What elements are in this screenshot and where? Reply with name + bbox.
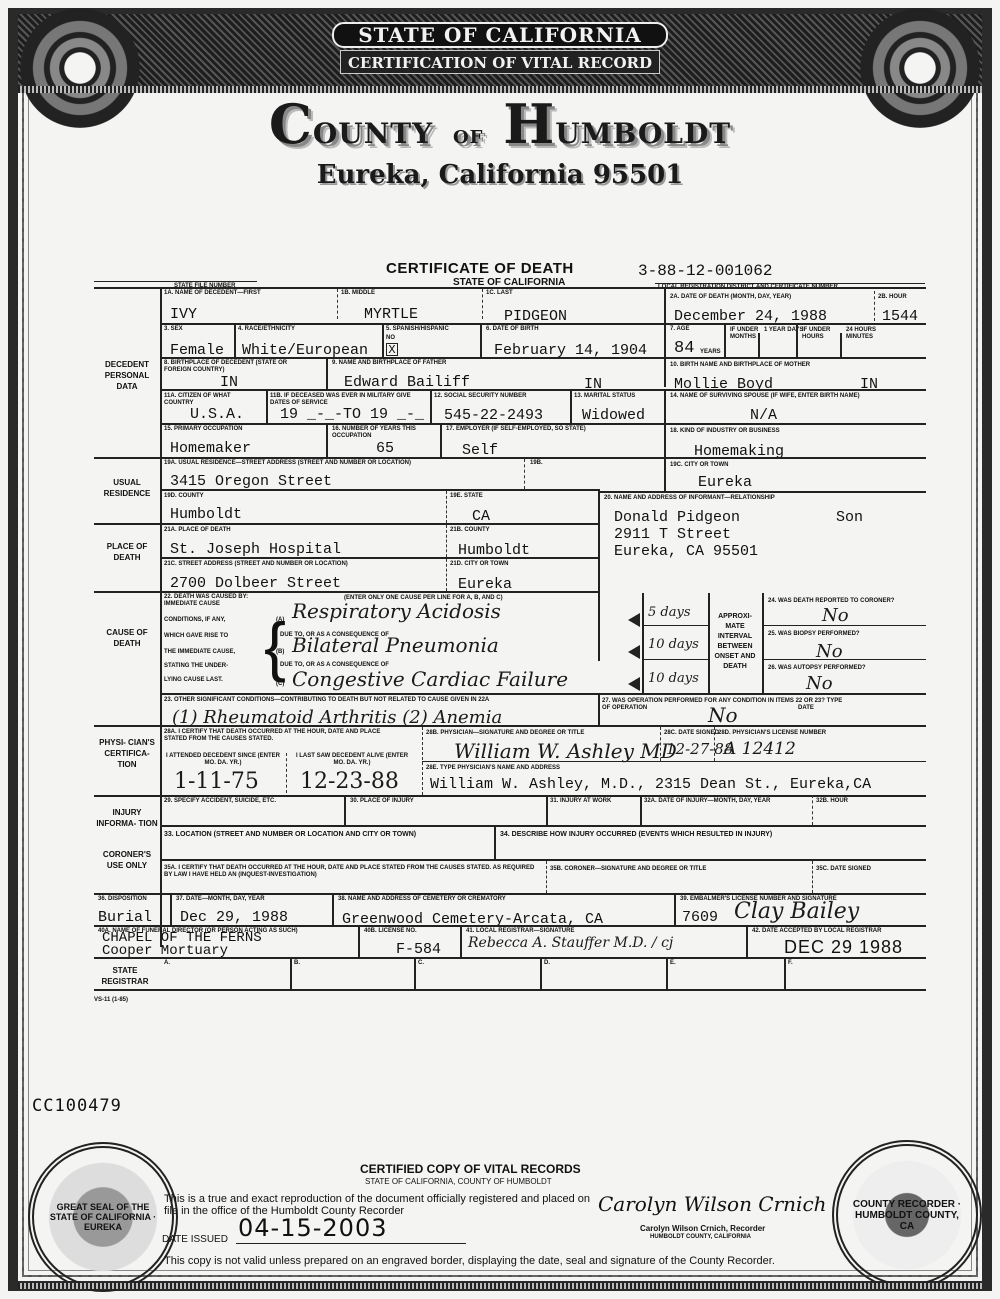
divider xyxy=(160,693,926,695)
operation-value: No xyxy=(708,703,738,727)
divider xyxy=(714,727,715,761)
middle-name-label: 1B. MIDDLE xyxy=(341,290,375,297)
employer-label: 17. EMPLOYER (IF SELF-EMPLOYED, SO STATE… xyxy=(446,426,586,433)
hour-label: 2B. HOUR xyxy=(878,294,907,301)
biopsy-label: 25. WAS BIOPSY PERFORMED? xyxy=(768,631,860,638)
physician-name-value: William W. Ashley, M.D., 2315 Dean St., … xyxy=(430,777,871,793)
injury-location-label: 33. LOCATION (STREET AND NUMBER OR LOCAT… xyxy=(164,831,416,838)
divider xyxy=(344,795,346,825)
section-decedent-personal-data: DECEDENT PERSONAL DATA xyxy=(94,359,160,392)
cause-c-value: Congestive Cardiac Failure xyxy=(292,667,568,691)
divider xyxy=(666,957,668,989)
divider xyxy=(94,925,926,927)
divider xyxy=(160,423,926,425)
certification-title: CERTIFICATION OF VITAL RECORD xyxy=(340,50,660,74)
cause-b-value: Bilateral Pneumonia xyxy=(292,633,499,657)
divider xyxy=(94,281,257,282)
divider xyxy=(762,659,926,660)
divider xyxy=(358,925,360,957)
license-label: 28D. PHYSICIAN'S LICENSE NUMBER xyxy=(718,730,826,737)
embalmer-number-value: 7609 xyxy=(682,910,718,926)
last-seen-label: I LAST SAW DECEDENT ALIVE (ENTER MO. DA.… xyxy=(290,753,414,767)
local-registrar-signature: Rebecca A. Stauffer M.D. / cj xyxy=(468,935,673,951)
conditions-note: STATING THE UNDER- xyxy=(164,663,228,670)
divider xyxy=(446,491,447,523)
divider xyxy=(494,825,496,859)
divider xyxy=(332,893,334,925)
divider xyxy=(266,389,268,423)
informant-name-value: Donald Pidgeon xyxy=(614,510,740,526)
section-usual-residence: USUAL RESIDENCE xyxy=(94,477,160,499)
local-registrar-label: 41. LOCAL REGISTRAR—SIGNATURE xyxy=(466,928,574,935)
divider xyxy=(840,333,842,357)
marital-value: Widowed xyxy=(582,408,645,424)
divider xyxy=(94,795,926,797)
funeral-license-value: F-584 xyxy=(396,942,441,958)
divider xyxy=(94,591,600,593)
injury-date-label: 32A. DATE OF INJURY—MONTH, DAY, YEAR xyxy=(644,798,770,805)
divider xyxy=(524,459,525,489)
death-street-value: 2700 Dolbeer Street xyxy=(170,576,341,592)
attended-since-value: 1-11-75 xyxy=(174,769,259,794)
divider xyxy=(600,491,926,493)
section-state-registrar: STATE REGISTRAR xyxy=(94,965,156,987)
registrar-box-d: D. xyxy=(544,960,550,967)
divider xyxy=(664,423,666,457)
dob-label: 6. DATE OF BIRTH xyxy=(486,326,539,333)
mother-label: 10. BIRTH NAME AND BIRTHPLACE OF MOTHER xyxy=(670,362,810,369)
divider xyxy=(430,389,432,423)
divider xyxy=(664,389,666,423)
hispanic-no-label: NO xyxy=(386,335,395,342)
residence-city-value: Eureka xyxy=(698,475,752,491)
humboldt-word: UMBOLDT xyxy=(555,117,731,150)
death-certificate-form: 1A. NAME OF DECEDENT—FIRST IVY 1B. MIDDL… xyxy=(94,287,926,969)
divider xyxy=(784,957,786,989)
conditions-note: LYING CAUSE LAST. xyxy=(164,677,223,684)
divider xyxy=(326,357,328,389)
cause-c-tag: (C) xyxy=(276,681,284,688)
date-accepted-label: 42. DATE ACCEPTED BY LOCAL REGISTRAR xyxy=(752,928,881,935)
registrar-box-b: B. xyxy=(294,960,300,967)
divider xyxy=(664,457,666,491)
divider xyxy=(160,287,162,947)
physician-name-label: 28E. TYPE PHYSICIAN'S NAME AND ADDRESS xyxy=(426,765,560,772)
divider xyxy=(286,753,287,793)
divider xyxy=(642,625,708,626)
informant-city-value: Eureka, CA 95501 xyxy=(614,544,758,560)
arrow-left-icon xyxy=(628,677,640,691)
divider xyxy=(160,357,926,359)
divider xyxy=(160,323,926,325)
divider xyxy=(642,659,708,660)
first-name-label: 1A. NAME OF DECEDENT—FIRST xyxy=(164,290,261,297)
date-accepted-stamp: DEC 29 1988 xyxy=(784,937,903,958)
death-street-label: 21C. STREET ADDRESS (STREET AND NUMBER O… xyxy=(164,561,348,568)
residence-19b-label: 19B. xyxy=(530,460,543,467)
divider xyxy=(160,389,926,391)
death-place-label: 21A. PLACE OF DEATH xyxy=(164,527,231,534)
divider xyxy=(480,323,482,357)
disposition-date-label: 37. DATE—MONTH, DAY, YEAR xyxy=(176,896,265,903)
county-title: COUNTY OF HUMBOLDT xyxy=(0,92,1000,156)
last-seen-value: 12-23-88 xyxy=(300,769,399,794)
cause-b-interval: 10 days xyxy=(648,637,699,652)
divider xyxy=(598,693,600,725)
conditions-note: THE IMMEDIATE CAUSE, xyxy=(164,649,235,656)
attended-since-label: I ATTENDED DECEDENT SINCE (ENTER MO. DA.… xyxy=(164,753,282,767)
spouse-label: 14. NAME OF SURVIVING SPOUSE (IF WIFE, E… xyxy=(670,393,910,400)
father-label: 9. NAME AND BIRTHPLACE OF FATHER xyxy=(332,360,446,367)
section-physician-certification: PHYSI- CIAN'S CERTIFICA- TION xyxy=(94,737,160,770)
last-name-label: 1C. LAST xyxy=(486,290,513,297)
divider xyxy=(94,457,926,459)
ssn-label: 12. SOCIAL SECURITY NUMBER xyxy=(434,393,526,400)
divider xyxy=(94,287,926,289)
divider xyxy=(642,593,644,693)
divider xyxy=(762,625,926,626)
recorder-name: Carolyn Wilson Crnich, Recorder xyxy=(640,1224,765,1233)
divider xyxy=(94,893,926,895)
divider xyxy=(812,795,813,825)
sex-label: 3. SEX xyxy=(164,326,183,333)
city-subtitle: Eureka, California 95501 xyxy=(0,160,1000,190)
autopsy-label: 26. WAS AUTOPSY PERFORMED? xyxy=(768,665,866,672)
divider xyxy=(94,957,926,959)
divider xyxy=(290,957,292,989)
residence-street-value: 3415 Oregon Street xyxy=(170,474,332,490)
disposition-date-value: Dec 29, 1988 xyxy=(180,910,288,926)
section-cause-of-death: CAUSE OF DEATH xyxy=(94,627,160,649)
residence-state-label: 19E. STATE xyxy=(450,493,483,500)
divider xyxy=(236,1243,466,1244)
residence-county-value: Humboldt xyxy=(170,507,242,523)
coroner-reported-label: 24. WAS DEATH REPORTED TO CORONER? xyxy=(768,598,918,605)
county-of: OF xyxy=(453,127,483,148)
recorder-county: HUMBOLDT COUNTY, CALIFORNIA xyxy=(650,1234,751,1240)
years-value: 65 xyxy=(376,441,394,457)
bottom-border-strip xyxy=(18,1283,982,1289)
embalmer-signature: Clay Bailey xyxy=(734,899,859,924)
date-of-death-label: 2A. DATE OF DEATH (MONTH, DAY, YEAR) xyxy=(670,294,791,301)
other-conditions-label: 23. OTHER SIGNIFICANT CONDITIONS—CONTRIB… xyxy=(164,697,604,704)
registrar-box-a: A. xyxy=(164,960,170,967)
coroner-date-label: 35C. DATE SIGNED xyxy=(816,866,871,873)
occupation-value: Homemaker xyxy=(170,441,251,457)
divider xyxy=(758,333,760,357)
occupation-label: 15. PRIMARY OCCUPATION xyxy=(164,426,242,433)
divider xyxy=(762,593,764,693)
coroner-certify-label: 35A. I CERTIFY THAT DEATH OCCURRED AT TH… xyxy=(164,865,544,879)
divider xyxy=(234,323,236,357)
divider xyxy=(546,861,547,893)
divider xyxy=(160,489,600,491)
registrar-box-f: F. xyxy=(788,960,793,967)
injury-place-label: 30. PLACE OF INJURY xyxy=(350,798,414,805)
operation-date-label: DATE xyxy=(798,705,814,712)
injury-type-label: 29. SPECIFY ACCIDENT, SUICIDE, ETC. xyxy=(164,798,276,805)
humboldt-initial: H xyxy=(503,92,555,156)
industry-label: 18. KIND OF INDUSTRY OR BUSINESS xyxy=(670,428,780,435)
cause-b-tag: (B) xyxy=(276,649,284,656)
age-hours-label: IF UNDER HOURS xyxy=(802,327,842,341)
injury-work-label: 31. INJURY AT WORK xyxy=(550,798,611,805)
arrow-left-icon xyxy=(628,645,640,659)
divider xyxy=(440,423,442,457)
state-seal: GREAT SEAL OF THE STATE OF CALIFORNIA · … xyxy=(28,1142,178,1292)
county-seal-text: COUNTY RECORDER · HUMBOLDT COUNTY, CA xyxy=(852,1199,962,1232)
divider xyxy=(724,323,726,357)
divider xyxy=(337,289,338,319)
divider xyxy=(570,389,572,423)
county-recorder-seal: COUNTY RECORDER · HUMBOLDT COUNTY, CA xyxy=(832,1140,982,1290)
divider xyxy=(540,957,542,989)
divider xyxy=(94,989,926,991)
divider xyxy=(796,323,798,357)
conditions-note: WHICH GAVE RISE TO xyxy=(164,633,228,640)
divider xyxy=(640,795,642,825)
divider xyxy=(326,423,328,457)
certify-label: 28A. I CERTIFY THAT DEATH OCCURRED AT TH… xyxy=(164,729,404,743)
funeral-license-label: 40B. LICENSE NO. xyxy=(364,928,417,935)
divider xyxy=(460,925,462,957)
divider xyxy=(160,557,600,559)
state-seal-text: GREAT SEAL OF THE STATE OF CALIFORNIA · … xyxy=(48,1202,158,1232)
race-label: 4. RACE/ETHNICITY xyxy=(238,326,295,333)
divider xyxy=(812,861,813,893)
residence-city-label: 19C. CITY OR TOWN xyxy=(670,462,728,469)
state-title: STATE OF CALIFORNIA xyxy=(332,22,668,48)
divider xyxy=(94,523,600,525)
registrar-box-c: C. xyxy=(418,960,424,967)
years-label: 16. NUMBER OF YEARS THIS OCCUPATION xyxy=(332,426,432,440)
county-initial: C xyxy=(269,92,313,156)
cause-a-value: Respiratory Acidosis xyxy=(292,599,501,623)
cause-c-interval: 10 days xyxy=(648,671,699,686)
hispanic-label: 5. SPANISH/HISPANIC xyxy=(386,326,449,333)
hispanic-no-checkbox: X xyxy=(386,343,398,356)
date-issued-value: 04-15-2003 xyxy=(238,1214,387,1242)
age-days-label: 1 YEAR DAYS xyxy=(764,327,804,334)
certified-copy-title: CERTIFIED COPY OF VITAL RECORDS xyxy=(360,1162,581,1176)
divider xyxy=(598,491,600,661)
registrar-box-e: E. xyxy=(670,960,676,967)
age-unit: YEARS xyxy=(700,349,721,356)
license-value: A 12412 xyxy=(724,739,796,759)
divider xyxy=(414,957,416,989)
residence-county-label: 19D. COUNTY xyxy=(164,493,204,500)
injury-hour-label: 32B. HOUR xyxy=(816,798,848,805)
county-word: OUNTY xyxy=(313,117,433,150)
age-label: 7. AGE xyxy=(670,326,689,333)
coroner-reported-value: No xyxy=(822,605,849,626)
autopsy-value: No xyxy=(806,673,833,694)
cause-label: 22. DEATH WAS CAUSED BY: xyxy=(164,594,248,601)
death-place-value: St. Joseph Hospital xyxy=(170,542,341,558)
death-city-label: 21D. CITY OR TOWN xyxy=(450,561,508,568)
military-label: 11B. IF DECEASED WAS EVER IN MILITARY GI… xyxy=(270,393,420,407)
age-minutes-label: 24 HOURS MINUTES xyxy=(846,327,896,341)
divider xyxy=(482,289,483,319)
spouse-value: N/A xyxy=(750,408,777,424)
date-issued-label: DATE ISSUED xyxy=(162,1234,228,1245)
informant-street-value: 2911 T Street xyxy=(614,527,731,543)
interval-label: APPROXI- MATE INTERVAL BETWEEN ONSET AND… xyxy=(710,612,760,672)
validity-notice: This copy is not valid unless prepared o… xyxy=(164,1255,775,1267)
divider xyxy=(160,825,926,827)
divider xyxy=(664,287,666,387)
arrow-left-icon xyxy=(628,613,640,627)
citizen-label: 11A. CITIZEN OF WHAT COUNTRY xyxy=(164,393,254,407)
middle-name-value: MYRTLE xyxy=(364,307,418,323)
informant-label: 20. NAME AND ADDRESS OF INFORMANT—RELATI… xyxy=(604,495,775,502)
control-number: CC100479 xyxy=(32,1096,122,1116)
age-value: 84 xyxy=(674,341,694,357)
cause-a-tag: (A) xyxy=(276,617,284,624)
marital-label: 13. MARITAL STATUS xyxy=(574,393,635,400)
military-value: 19 _-_-TO 19 _-_ xyxy=(280,407,424,423)
divider xyxy=(674,893,676,925)
residence-street-label: 19A. USUAL RESIDENCE—STREET ADDRESS (STR… xyxy=(164,460,411,467)
divider xyxy=(546,795,548,825)
certificate-number: 3-88-12-001062 xyxy=(638,262,772,280)
disposition-value: Burial xyxy=(98,910,152,926)
divider xyxy=(382,323,384,357)
cause-a-interval: 5 days xyxy=(648,605,691,620)
section-coroners-use-only: CORONER'S USE ONLY xyxy=(94,849,160,871)
injury-how-label: 34. DESCRIBE HOW INJURY OCCURRED (EVENTS… xyxy=(500,831,772,838)
date-signed-label: 28C. DATE SIGNED xyxy=(664,730,719,737)
informant-relationship-value: Son xyxy=(836,510,863,526)
first-name-value: IVY xyxy=(170,307,197,323)
form-code: VS-11 (1-85) xyxy=(94,997,128,1003)
death-county-label: 21B. COUNTY xyxy=(450,527,490,534)
physician-signature-label: 28B. PHYSICIAN—SIGNATURE AND DEGREE OR T… xyxy=(426,730,584,737)
disposition-label: 36. DISPOSITION xyxy=(98,896,147,903)
divider xyxy=(874,291,875,321)
ssn-value: 545-22-2493 xyxy=(444,408,543,424)
coroner-signature-label: 35B. CORONER—SIGNATURE AND DEGREE OR TIT… xyxy=(550,866,706,873)
physician-signature-value: William W. Ashley MD xyxy=(454,739,677,763)
conditions-note: CONDITIONS, IF ANY, xyxy=(164,617,225,624)
section-injury-information: INJURY INFORMA- TION xyxy=(94,807,160,829)
recorder-signature: Carolyn Wilson Crnich xyxy=(598,1192,827,1216)
immediate-cause-label: IMMEDIATE CAUSE xyxy=(164,601,220,608)
divider xyxy=(170,893,172,925)
certificate-title: CERTIFICATE OF DEATH xyxy=(386,260,574,277)
divider xyxy=(94,725,926,727)
certified-copy-subtitle: STATE OF CALIFORNIA, COUNTY OF HUMBOLDT xyxy=(365,1177,552,1186)
section-place-of-death: PLACE OF DEATH xyxy=(94,541,160,563)
birthplace-label: 8. BIRTHPLACE OF DECEDENT (STATE OR FORE… xyxy=(164,360,314,374)
citizen-value: U.S.A. xyxy=(190,407,244,423)
divider xyxy=(660,727,661,761)
divider xyxy=(422,761,926,762)
cemetery-label: 38. NAME AND ADDRESS OF CEMETERY OR CREM… xyxy=(338,896,506,903)
divider xyxy=(746,925,748,957)
